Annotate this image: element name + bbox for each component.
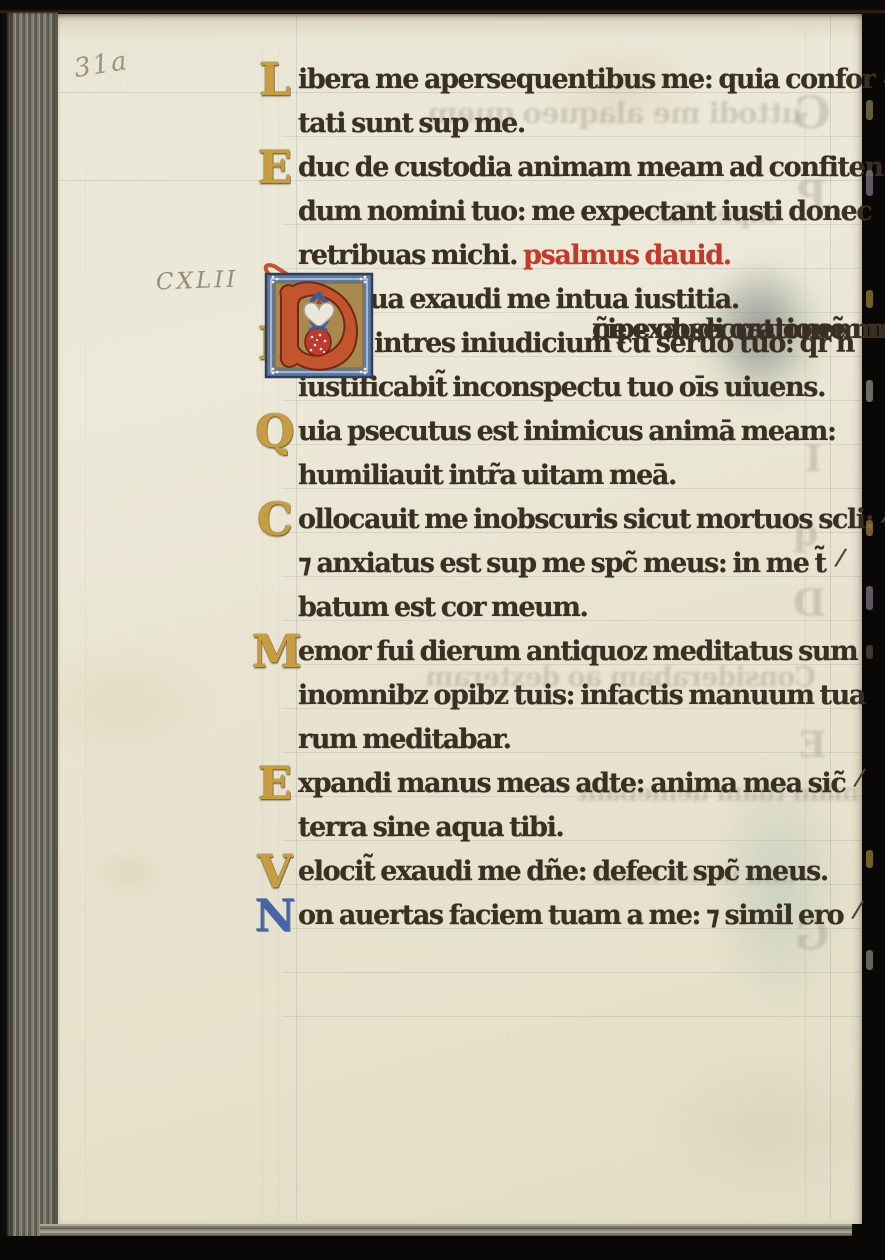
- line-text: duc de custodia animam meam ad confiten: [298, 152, 883, 183]
- line-text: ibera me apersequentibus me: quia confor: [298, 64, 875, 95]
- folio-note: 31a: [72, 46, 131, 84]
- text-line: Collocauit me inobscuris sicut mortuos s…: [254, 498, 866, 542]
- fore-edge-decoration-fleck: [866, 100, 873, 120]
- backdrop: [0, 1236, 885, 1260]
- fore-edge-decoration-fleck: [866, 850, 873, 868]
- line-text: tati sunt sup me.: [298, 108, 525, 139]
- ruled-line-vertical: [85, 164, 86, 1220]
- versal-initial: E: [252, 143, 298, 193]
- versal-initial: L: [252, 55, 298, 105]
- text-line: Educ de custodia animam meam ad confiten…: [254, 146, 866, 190]
- text-block: Libera me apersequentibus me: quia confo…: [254, 58, 866, 938]
- text-line: tati sunt sup me.: [254, 102, 866, 146]
- text-line: rum meditabar.: [254, 718, 866, 762]
- versal-initial: M: [252, 627, 298, 677]
- text-line: Memor fui dierum antiquoz meditatus sum: [254, 630, 866, 674]
- line-text: rum meditabar.: [298, 724, 511, 755]
- line-text: inomnibz opibz tuis: infactis manuum tua: [298, 680, 865, 711]
- text-line: Expandi manus meas adte: anima mea sic̃/: [254, 762, 866, 806]
- line-text: emor fui dierum antiquoz meditatus sum: [298, 636, 857, 667]
- versal-initial: N: [252, 891, 298, 941]
- line-text: dum nomini tuo: me expectant iusti donec: [298, 196, 871, 227]
- text-line: Non auertas faciem tuam a me: ⁊ simil er…: [254, 894, 866, 938]
- versal-initial: Q: [252, 407, 298, 457]
- text-line: Quia psecutus est inimicus animā meam:: [254, 410, 866, 454]
- gutter-page-edges: [0, 10, 58, 1246]
- line-text: batum est cor meum.: [298, 592, 588, 623]
- strawberry-motif: [305, 328, 331, 356]
- fore-edge-decoration-fleck: [866, 520, 873, 536]
- text-line: dum nomini tuo: me expectant iusti donec: [254, 190, 866, 234]
- fore-edge-page-stack: [860, 0, 885, 1260]
- text-line: Libera me apersequentibus me: quia confo…: [254, 58, 866, 102]
- manuscript-photo: uttodi me alaqueo quemGmper furPIqDConsi…: [0, 0, 885, 1260]
- line-text: ollocauit me inobscuris sicut mortuos sc…: [298, 504, 873, 535]
- line-filler-tick: /: [831, 535, 848, 579]
- illuminated-initial-d: [260, 264, 378, 384]
- line-text: humiliauit intr̃a uitam meā.: [298, 460, 676, 491]
- versal-initial: E: [252, 759, 298, 809]
- line-text: xpandi manus meas adte: anima mea sic̃: [298, 768, 845, 799]
- manuscript-page: uttodi me alaqueo quemGmper furPIqDConsi…: [58, 14, 862, 1224]
- text-line: batum est cor meum.: [254, 586, 866, 630]
- text-line: Velocit̃ exaudi me dñe: defecit spc̃ meu…: [254, 850, 866, 894]
- ruled-line-horizontal: [282, 1016, 862, 1017]
- line-text: ⁊ anxiatus est sup me spc̃ meus: in me t…: [298, 548, 826, 579]
- text-line: cipe obsecrationem meam. inueri/: [456, 308, 885, 352]
- backdrop: [0, 0, 885, 14]
- fore-edge-decoration-fleck: [866, 950, 873, 970]
- line-text: on auertas faciem tuam a me: ⁊ simil ero: [298, 900, 843, 931]
- text-line: terra sine aqua tibi.: [254, 806, 866, 850]
- fore-edge-decoration-fleck: [866, 645, 873, 659]
- versal-initial: C: [252, 495, 298, 545]
- text-line: ⁊ anxiatus est sup me spc̃ meus: in me t…: [254, 542, 866, 586]
- fore-edge-decoration-fleck: [866, 380, 873, 402]
- fore-edge-decoration-fleck: [866, 170, 873, 196]
- line-text: terra sine aqua tibi.: [298, 812, 563, 843]
- text-line: inomnibz opibz tuis: infactis manuum tua: [254, 674, 866, 718]
- line-text: cipe obsecrationem meam. inueri: [592, 314, 885, 345]
- fore-edge-decoration-fleck: [866, 586, 873, 610]
- text-line: humiliauit intr̃a uitam meā.: [254, 454, 866, 498]
- line-text: uia psecutus est inimicus animā meam:: [298, 416, 836, 447]
- rubric-text: psalmus dauid.: [523, 240, 731, 271]
- psalm-number-note: CXLII: [156, 267, 239, 296]
- line-text: elocit̃ exaudi me dñe: defecit spc̃ meus…: [298, 856, 828, 887]
- fore-edge-decoration-fleck: [866, 290, 873, 308]
